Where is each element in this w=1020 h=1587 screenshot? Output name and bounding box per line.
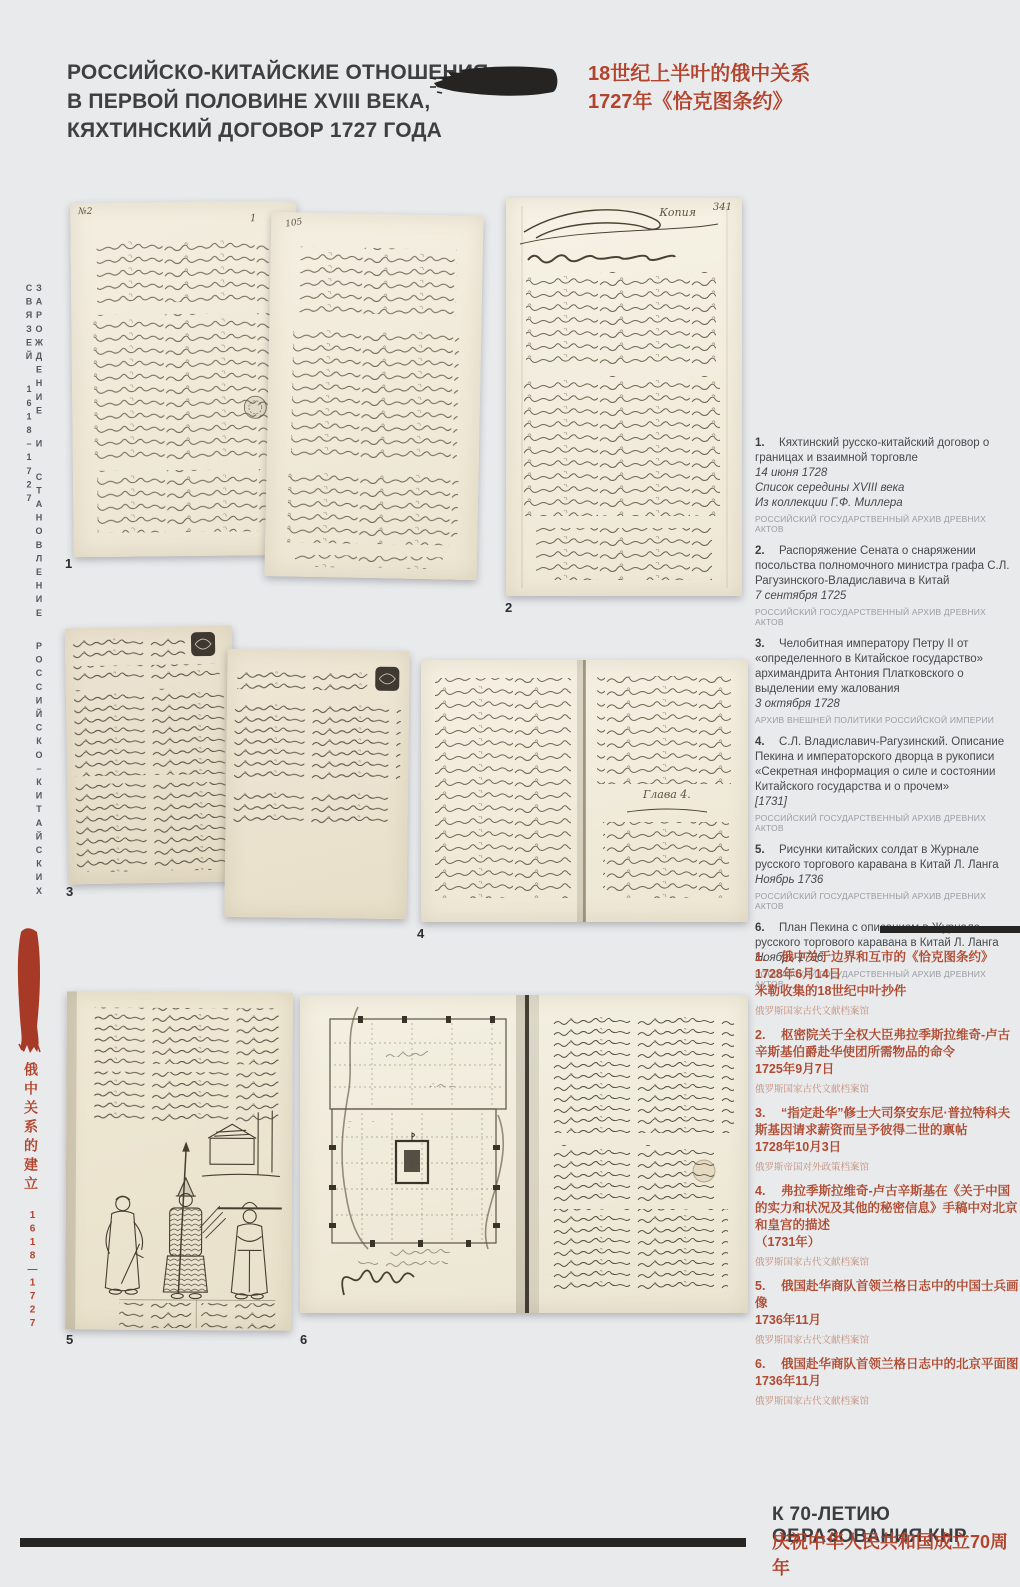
- caption-number: 6.: [755, 1356, 781, 1373]
- caption-title: 弗拉季斯拉维奇-卢古辛斯基在《关于中国的实力和状况及其他的秘密信息》手稿中对北京…: [755, 1184, 1018, 1232]
- imperial-palace: [396, 1133, 428, 1183]
- caption-number: 3.: [755, 1105, 781, 1122]
- caption-number: 1.: [755, 436, 779, 451]
- caption-ru-2: 2.Распоряжение Сената о снаряжении посол…: [755, 544, 1015, 627]
- figure-1-label: 1: [65, 556, 72, 571]
- folio-mark: 341: [713, 202, 732, 213]
- caption-number: 5.: [755, 1278, 781, 1295]
- caption-title: Челобитная императору Петру II от «опред…: [755, 638, 983, 695]
- caption-archive: РОССИЙСКИЙ ГОСУДАРСТВЕННЫЙ АРХИВ ДРЕВНИХ…: [755, 514, 1015, 534]
- book-fold-shadow: [516, 995, 525, 1313]
- figure-4-book-spread: Глава 4.: [421, 660, 748, 922]
- caption-cn-6: 6.俄国赴华商队首领兰格日志中的北京平面图 1736年11月 俄罗斯国家古代文献…: [755, 1356, 1019, 1407]
- figure-6-book-spread: [300, 995, 748, 1313]
- captions-column-cn: 1.俄中关于边界和互市的《恰克图条约》 1728年6月14日 米勒收集的18世纪…: [755, 949, 1019, 1417]
- caption-date: [1731]: [755, 795, 1015, 810]
- caption-title: Рисунки китайских солдат в Журнале русск…: [755, 844, 999, 871]
- caption-date: 14 июня 1728: [755, 466, 1015, 481]
- soldier-robe-figure: [105, 1196, 144, 1294]
- caption-archive: 俄罗斯国家古代文献档案馆: [755, 1081, 1019, 1095]
- caption-cn-2: 2.枢密院关于全权大臣弗拉季斯拉维奇-卢古辛斯基伯爵赴华使团所需物品的命令 17…: [755, 1027, 1019, 1095]
- river-right: [486, 1115, 504, 1249]
- caption-date: （1731年）: [755, 1234, 1019, 1251]
- caption-ru-3: 3.Челобитная императору Петру II от «опр…: [755, 637, 1015, 725]
- caption-ru-4: 4.С.Л. Владиславич-Рагузинский. Описание…: [755, 735, 1015, 833]
- caption-date: 1728年6月14日: [755, 966, 1019, 983]
- caption-archive: РОССИЙСКИЙ ГОСУДАРСТВЕННЫЙ АРХИВ ДРЕВНИХ…: [755, 891, 1015, 911]
- exhibition-poster: РОССИЙСКО-КИТАЙСКИЕ ОТНОШЕНИЯ В ПЕРВОЙ П…: [0, 0, 1020, 1587]
- caption-title: 俄国赴华商队首领兰格日志中的中国士兵画像: [755, 1279, 1019, 1310]
- caption-title: 俄中关于边界和互市的《恰克图条约》: [781, 950, 994, 964]
- caption-ru-1: 1.Кяхтинский русско-китайский договор о …: [755, 436, 1015, 534]
- caption-archive: 俄罗斯国家古代文献档案馆: [755, 1003, 1019, 1017]
- sidebar-cn-years: 1618—1727: [27, 1210, 38, 1332]
- figure-2-label: 2: [505, 600, 512, 615]
- caption-cn-3: 3.“指定赴华”修士大司祭安东尼·普拉特科夫斯基因请求薪资而呈予彼得二世的禀帖 …: [755, 1105, 1019, 1173]
- soldier-hat-figure: [217, 1202, 282, 1299]
- binding-edge: [65, 991, 77, 1329]
- caption-number: 6.: [755, 921, 779, 936]
- page-number-mark: 1: [250, 213, 256, 224]
- caption-date: 1728年10月3日: [755, 1139, 1019, 1156]
- soldier-drawings-artwork: [65, 991, 293, 1330]
- sidebar-ru-text: ЗАРОЖДЕНИЕ И СТАНОВЛЕНИЕ РОССИЙСКО–КИТАЙ…: [24, 283, 44, 899]
- caption-cn-1: 1.俄中关于边界和互市的《恰克图条约》 1728年6月14日 米勒收集的18世纪…: [755, 949, 1019, 1017]
- sidebar-ru-years: 1618–1727: [24, 384, 34, 506]
- caption-number: 2.: [755, 544, 779, 559]
- sidebar-vertical-title-ru: ЗАРОЖДЕНИЕ И СТАНОВЛЕНИЕ РОССИЙСКО–КИТАЙ…: [24, 283, 44, 931]
- title-flourish: [342, 1270, 414, 1295]
- caption-cn-4: 4.弗拉季斯拉维奇-卢古辛斯基在《关于中国的实力和状况及其他的秘密信息》手稿中对…: [755, 1183, 1019, 1268]
- caption-date: 1736年11月: [755, 1312, 1019, 1329]
- caption-detail: Список середины XVIII века: [755, 481, 1015, 496]
- caption-archive: 俄罗斯帝国对外政策档案馆: [755, 1159, 1019, 1173]
- caption-ru-5: 5.Рисунки китайских солдат в Журнале рус…: [755, 843, 1015, 911]
- book-fold: [583, 660, 586, 922]
- black-brush-stroke: [428, 60, 562, 102]
- caption-title: 俄国赴华商队首领兰格日志中的北京平面图: [781, 1357, 1019, 1371]
- caption-number: 4.: [755, 1183, 781, 1200]
- figure-3-page-left: [65, 626, 236, 885]
- book-fold: [525, 995, 529, 1313]
- caption-date: 7 сентября 1725: [755, 589, 1015, 604]
- figure-6-label: 6: [300, 1332, 307, 1347]
- caption-archive: РОССИЙСКИЙ ГОСУДАРСТВЕННЫЙ АРХИВ ДРЕВНИХ…: [755, 607, 1015, 627]
- outer-city-wall: [330, 1019, 506, 1109]
- poster-title-cn-line2: 1727年《恰克图条约》: [588, 88, 988, 116]
- caption-number: 3.: [755, 637, 779, 652]
- folio-mark: №2: [78, 207, 92, 217]
- caption-cn-5: 5.俄国赴华商队首领兰格日志中的中国士兵画像 1736年11月 俄罗斯国家古代文…: [755, 1278, 1019, 1346]
- figure-5-label: 5: [66, 1332, 73, 1347]
- caption-number: 5.: [755, 843, 779, 858]
- footer-bar: [20, 1538, 746, 1547]
- figure-2-page: Копия 341: [506, 198, 742, 596]
- caption-date: 1725年9月7日: [755, 1061, 1019, 1078]
- ink-seal: [244, 396, 266, 418]
- round-stamp: [693, 1160, 715, 1182]
- chapter-heading-mark: Глава 4.: [643, 788, 691, 801]
- sidebar-vertical-title-cn: 俄中关系的建立: [21, 1062, 41, 1195]
- legend-list-page: [546, 1015, 734, 1291]
- caption-title: С.Л. Владиславич-Рагузинский. Описание П…: [755, 736, 1004, 793]
- caption-number: 2.: [755, 1027, 781, 1044]
- soldier-armor-figure: [163, 1143, 226, 1299]
- caption-title: Распоряжение Сената о снаряжении посольс…: [755, 545, 1009, 587]
- caption-archive: РОССИЙСКИЙ ГОСУДАРСТВЕННЫЙ АРХИВ ДРЕВНИХ…: [755, 813, 1015, 833]
- figure-5-page: [65, 991, 293, 1330]
- caption-date: Ноябрь 1736: [755, 873, 1015, 888]
- caption-archive: 俄罗斯国家古代文献档案馆: [755, 1332, 1019, 1346]
- figure-3-label: 3: [66, 884, 73, 899]
- copy-heading-mark: Копия: [659, 206, 696, 219]
- caption-detail: Из коллекции Г.Ф. Миллера: [755, 496, 1015, 511]
- caption-number: 4.: [755, 735, 779, 750]
- poster-title-cn-line1: 18世纪上半叶的俄中关系: [588, 60, 988, 88]
- poster-title-cn: 18世纪上半叶的俄中关系 1727年《恰克图条约》: [588, 60, 988, 116]
- eagle-stamp: [191, 632, 215, 656]
- large-heading-line: [528, 255, 675, 262]
- footer-cn: 庆祝中华人民共和国成立70周年: [772, 1528, 1020, 1580]
- beijing-map: [329, 1007, 506, 1295]
- caption-date: 1736年11月: [755, 1373, 1019, 1390]
- red-brush-stroke: [13, 926, 47, 1060]
- caption-title: Кяхтинский русско-китайский договор о гр…: [755, 437, 989, 464]
- manuscript-ink-artwork: [421, 660, 748, 922]
- eagle-stamp: [375, 667, 399, 691]
- caption-title: 枢密院关于全权大臣弗拉季斯拉维奇-卢古辛斯基伯爵赴华使团所需物品的命令: [755, 1028, 1010, 1059]
- figure-3-page-right: [224, 649, 409, 919]
- caption-detail: 米勒收集的18世纪中叶抄件: [755, 983, 1019, 1000]
- caption-title: “指定赴华”修士大司祭安东尼·普拉特科夫斯基因请求薪资而呈予彼得二世的禀帖: [755, 1106, 1010, 1137]
- manuscript-ink-artwork: [265, 212, 484, 580]
- inner-city-wall: [332, 1109, 496, 1243]
- caption-archive: АРХИВ ВНЕШНЕЙ ПОЛИТИКИ РОССИЙСКОЙ ИМПЕРИ…: [755, 715, 1015, 725]
- caption-archive: 俄罗斯国家古代文献档案馆: [755, 1393, 1019, 1407]
- caption-date: 3 октября 1728: [755, 697, 1015, 712]
- chapter-subtitle-line: [627, 809, 707, 812]
- figure-1-page-right: 105: [265, 212, 484, 580]
- section-divider-bar: [880, 926, 1020, 933]
- captions-column-ru: 1.Кяхтинский русско-китайский договор о …: [755, 436, 1015, 999]
- beijing-plan-artwork: [300, 995, 748, 1313]
- manuscript-ink-artwork: [224, 649, 409, 919]
- manuscript-ink-artwork: [506, 198, 742, 596]
- caption-archive: 俄罗斯国家古代文献档案馆: [755, 1254, 1019, 1268]
- figure-4-label: 4: [417, 926, 424, 941]
- caption-number: 1.: [755, 949, 781, 966]
- manuscript-ink-artwork: [65, 626, 236, 885]
